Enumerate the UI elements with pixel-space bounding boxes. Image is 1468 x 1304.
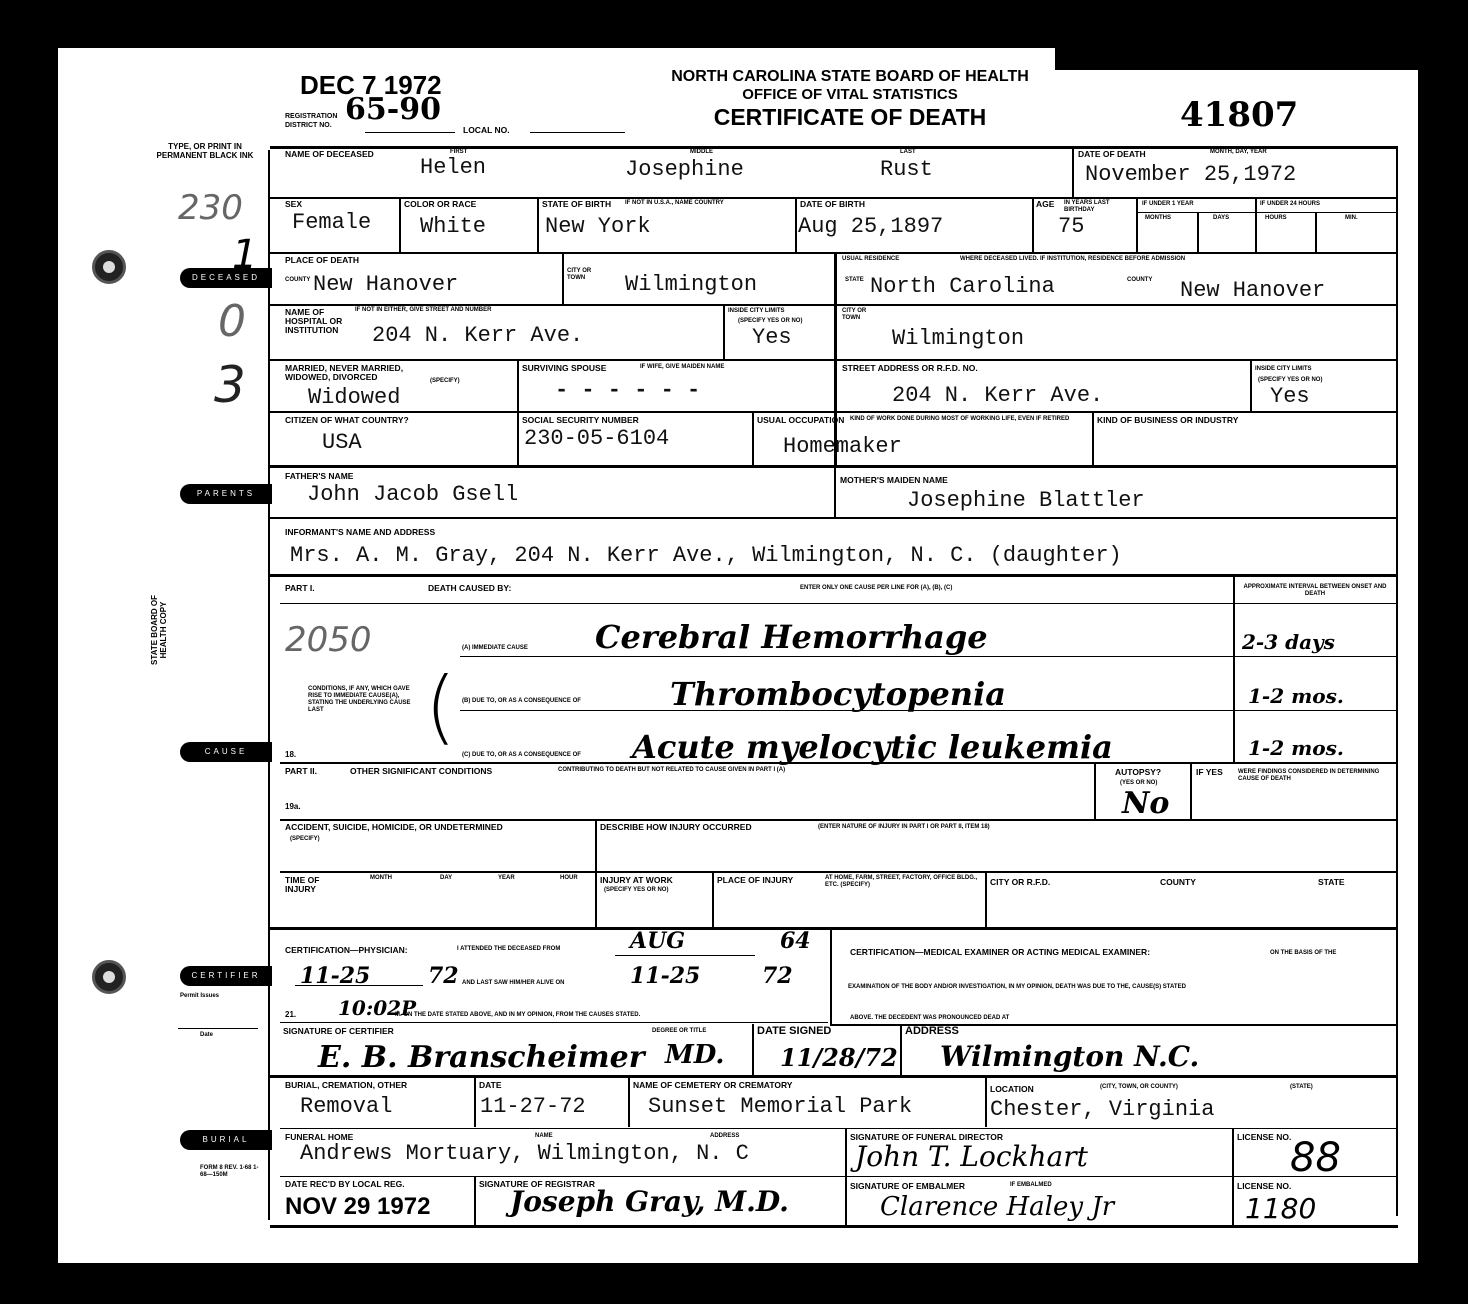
time-of-injury-label: TIME OF INJURY [285,876,345,894]
punch-hole [92,960,126,994]
cause-instructions: ENTER ONLY ONE CAUSE PER LINE FOR (a), (… [800,585,952,592]
director-license-label: LICENSE NO. [1237,1133,1291,1142]
office-name: OFFICE OF VITAL STATISTICS [640,86,1060,103]
residence-city: Wilmington [892,326,1024,351]
permit-issues-label: Permit Issues [180,993,219,1000]
business-label: KIND OF BUSINESS OR INDUSTRY [1097,416,1238,425]
due-to-c-label: (c) DUE TO, OR AS A CONSEQUENCE OF [462,752,581,759]
funeral-home: Andrews Mortuary, Wilmington, N. C [300,1141,749,1166]
citizen-value: USA [322,430,362,455]
other-conditions-sub: CONTRIBUTING TO DEATH BUT NOT RELATED TO… [558,767,785,774]
injury-city-label: CITY OR R.F.D. [990,878,1050,887]
funeral-home-name-label: NAME [535,1133,553,1140]
certifier-signature-label: SIGNATURE OF CERTIFIER [283,1027,394,1036]
embalmer-signature: Clarence Haley Jr [880,1192,1114,1222]
local-no-label: LOCAL NO. [463,126,510,135]
residence-state-label: STATE [845,277,864,284]
punch-hole [92,250,126,284]
month-label: MONTH [370,875,392,882]
residence-inside-city-label: INSIDE CITY LIMITS [1255,366,1312,373]
death-caused-by-label: DEATH CAUSED BY: [428,584,511,593]
certifier-signature: E. B. Branscheimer [318,1040,645,1075]
informant-value: Mrs. A. M. Gray, 204 N. Kerr Ave., Wilmi… [290,543,1122,568]
funeral-director-signature: John T. Lockhart [855,1140,1088,1173]
funeral-home-address-label: ADDRESS [710,1133,739,1140]
margin-code-0: 0 [218,296,246,347]
date-of-death-sub: MONTH, DAY, YEAR [1210,149,1267,156]
ssn-label: SOCIAL SECURITY NUMBER [522,416,639,425]
mother-maiden-name: Josephine Blattler [907,488,1145,513]
sex-value: Female [292,210,371,235]
certifier-degree: MD. [665,1040,724,1070]
under-1-year-label: IF UNDER 1 YEAR [1142,201,1194,208]
death-county: New Hanover [313,272,458,297]
age-label: AGE [1036,200,1054,209]
physician-cert-label: CERTIFICATION—PHYSICIAN: [285,946,408,955]
residence-inside-city-sub: (SPECIFY YES OR NO) [1258,377,1322,384]
injury-county-label: COUNTY [1160,878,1196,887]
county-label: COUNTY [285,277,310,284]
registrar-signature: Joseph Gray, M.D. [510,1185,789,1218]
hospital-label: NAME OF HOSPITAL OR INSTITUTION [285,308,365,335]
date-signed-label: DATE SIGNED [757,1027,831,1036]
attended-to-year: 72 [428,963,459,989]
certificate-number: 41807 [1180,95,1298,135]
location-state-label: (STATE) [1290,1084,1313,1091]
registration-district-number: 65-90 [345,92,441,127]
embalmer-license: 1180 [1245,1192,1316,1225]
tab-cause: CAUSE [180,742,272,762]
citizen-label: CITIZEN OF WHAT COUNTRY? [285,416,409,425]
sex-label: SEX [285,200,302,209]
spouse-label: SURVIVING SPOUSE [522,364,606,373]
state-of-birth-label: STATE OF BIRTH [542,200,611,209]
inside-city-sub: (SPECIFY YES OR NO) [738,318,802,325]
tab-burial: BURIAL [180,1130,272,1150]
disposition-value: Removal [300,1094,392,1119]
attended-from-year: 64 [780,928,811,954]
date-of-death-label: DATE OF DEATH [1078,150,1146,159]
dob-label: DATE OF BIRTH [800,200,865,209]
hours-label: HOURS [1265,215,1287,222]
min-label: MIN. [1345,215,1358,222]
injury-at-work-sub: (SPECIFY YES OR NO) [604,887,668,894]
state-of-birth: New York [545,214,651,239]
last-saw-label: AND LAST SAW HIM/HER ALIVE ON [462,980,564,987]
tab-deceased: DECEASED [180,268,272,288]
location-sub: (CITY, TOWN, OR COUNTY) [1100,1084,1178,1091]
marital-sub: (SPECIFY) [430,378,460,385]
inside-city-label: INSIDE CITY LIMITS [728,308,785,315]
director-license: 88 [1290,1135,1341,1181]
cause-c-interval: 1-2 mos. [1248,736,1344,760]
burial-date: 11-27-72 [480,1094,586,1119]
cause-c: Acute myelocytic leukemia [632,728,1113,766]
residence-state: North Carolina [870,274,1055,299]
last-saw-year: 72 [762,963,793,989]
bracket: ( [425,660,456,753]
date-received: NOV 29 1972 [285,1193,430,1221]
autopsy-value: No [1122,786,1169,821]
residence-county-label: COUNTY [1127,277,1152,284]
certifier-address-label: ADDRESS [905,1027,959,1036]
occupation-value: Homemaker [783,434,902,459]
date-signed: 11/28/72 [780,1043,898,1072]
ssn-value: 230-05-6104 [524,426,669,451]
cause-code: 2050 [285,620,372,660]
injury-state-label: STATE [1318,878,1345,887]
injury-at-work-label: INJURY AT WORK [600,876,673,885]
location-label: LOCATION [990,1085,1034,1094]
autopsy-label: AUTOPSY? [1115,768,1161,777]
age-value: 75 [1058,214,1084,239]
father-name: John Jacob Gsell [307,482,518,507]
embalmer-signature-label: SIGNATURE OF EMBALMER [850,1182,965,1191]
date-of-birth: Aug 25,1897 [798,214,943,239]
form-info: FORM 8 REV. 1-68 1-68—150m [200,1165,260,1179]
me-text-3: ABOVE. THE DECEDENT WAS PRONOUNCED DEAD … [850,1015,1009,1022]
last-saw-date: 11-25 [630,963,700,989]
date-label: Date [200,1032,213,1039]
agency-name: NORTH CAROLINA STATE BOARD OF HEALTH [640,68,1060,86]
middle-label: MIDDLE [690,149,713,156]
hospital-value: 204 N. Kerr Ave. [372,323,583,348]
document-title: CERTIFICATE OF DEATH [640,103,1060,131]
marital-label: MARRIED, NEVER MARRIED, WIDOWED, DIVORCE… [285,364,435,382]
manner-label: ACCIDENT, SUICIDE, HOMICIDE, OR UNDETERM… [285,823,503,832]
cause-b: Thrombocytopenia [670,675,1006,713]
item-19a: 19a. [285,802,301,811]
inside-city-value: Yes [752,325,792,350]
last-name: Rust [880,157,933,182]
residence-sub: WHERE DECEASED LIVED. IF INSTITUTION, RE… [960,256,1290,263]
age-sub: IN YEARS LAST BIRTHDAY [1064,200,1136,214]
cause-b-interval: 1-2 mos. [1248,684,1344,708]
embalmer-sub: IF EMBALMED [1010,1182,1052,1189]
header-block: NORTH CAROLINA STATE BOARD OF HEALTH OFF… [640,68,1060,131]
street-label: STREET ADDRESS OR R.F.D. No. [842,364,978,373]
immediate-cause: Cerebral Hemorrhage [595,618,988,656]
day-label: DAY [440,875,452,882]
marital-status: Widowed [308,385,400,410]
attended-from: AUG [630,928,685,954]
date-of-death: November 25,1972 [1085,162,1296,187]
findings-label: WERE FINDINGS CONSIDERED IN DETERMINING … [1238,769,1388,783]
hospital-sub: IF NOT IN EITHER, GIVE STREET AND NUMBER [355,307,655,314]
tab-parents: PARENTS [180,484,272,504]
cemetery-name: Sunset Memorial Park [648,1094,912,1119]
under-24-hours-label: IF UNDER 24 HOURS [1260,201,1320,208]
attended-label: I ATTENDED THE DECEASED FROM [457,946,560,953]
death-city: Wilmington [625,272,757,297]
ink-instructions: TYPE, OR PRINT IN PERMANENT BLACK INK [150,142,260,160]
immediate-interval: 2-3 days [1242,630,1335,654]
part-2-label: PART II. [285,767,317,776]
last-label: LAST [900,149,916,156]
state-copy-label: STATE BOARD OF HEALTH COPY [150,590,230,670]
disposition-label: BURIAL, CREMATION, OTHER [285,1081,407,1090]
degree-label: DEGREE OR TITLE [652,1028,706,1035]
scan-edge [1055,48,1420,70]
burial-date-label: DATE [479,1081,502,1090]
year-label: YEAR [498,875,515,882]
date-received-label: DATE REC'D BY LOCAL REG. [285,1180,405,1189]
margin-code-230: 230 [178,188,243,228]
immediate-cause-label: (a) IMMEDIATE CAUSE [462,645,528,652]
item-21: 21. [285,1010,296,1019]
occupation-label: USUAL OCCUPATION [757,416,844,425]
residence-inside-city: Yes [1270,384,1310,409]
certifier-address: Wilmington N.C. [940,1040,1199,1073]
registration-label: REGISTRATION DISTRICT NO. [285,112,345,130]
stated-label: M. ON THE DATE STATED ABOVE, AND IN MY O… [395,1012,640,1019]
if-yes-label: IF YES [1196,768,1223,777]
first-name: Helen [420,155,486,180]
describe-injury-sub: (ENTER NATURE OF INJURY IN PART I OR PAR… [818,824,990,831]
tab-certifier: CERTIFIER [180,966,272,986]
days-label: DAYS [1213,215,1229,222]
describe-injury-label: DESCRIBE HOW INJURY OCCURRED [600,823,752,832]
interval-label: APPROXIMATE INTERVAL BETWEEN ONSET AND D… [1240,584,1390,598]
place-of-injury-sub: AT HOME, FARM, STREET, FACTORY, OFFICE B… [825,875,985,889]
part-1-label: PART I. [285,584,315,593]
manner-sub: (SPECIFY) [290,836,320,843]
margin-code-3: 3 [214,356,246,414]
state-of-birth-sub: IF NOT IN U.S.A., NAME COUNTRY [625,200,785,207]
months-label: MONTHS [1145,215,1171,222]
cemetery-label: NAME OF CEMETERY OR CREMATORY [633,1081,792,1090]
name-label: NAME OF DECEASED [285,150,374,159]
surviving-spouse: - - - - - - [555,378,700,403]
spouse-sub: IF WIFE, GIVE MAIDEN NAME [640,364,724,371]
attended-to: 11-25 [300,963,370,989]
embalmer-license-label: LICENSE NO. [1237,1182,1291,1191]
residence-county: New Hanover [1180,278,1325,303]
burial-location: Chester, Virginia [990,1097,1214,1122]
conditions-note: CONDITIONS, IF ANY, WHICH GAVE RISE TO I… [308,686,418,714]
me-text-1: ON THE BASIS OF THE [1270,950,1336,957]
medical-examiner-label: CERTIFICATION—MEDICAL EXAMINER OR ACTING… [850,948,1150,957]
city-label: CITY OR TOWN [567,268,597,282]
other-conditions-label: OTHER SIGNIFICANT CONDITIONS [350,767,492,776]
place-of-injury-label: PLACE OF INJURY [717,876,793,885]
residence-city-label: CITY OR TOWN [842,308,872,322]
place-of-death-label: PLACE OF DEATH [285,256,359,265]
middle-name: Josephine [625,157,744,182]
me-text-2: EXAMINATION OF THE BODY AND/OR INVESTIGA… [848,984,1186,991]
due-to-b-label: (b) DUE TO, OR AS A CONSEQUENCE OF [462,698,581,705]
mother-label: MOTHER'S MAIDEN NAME [840,476,948,485]
hour-label: HOUR [560,875,578,882]
father-label: FATHER'S NAME [285,472,353,481]
race-value: White [420,214,486,239]
occupation-sub: KIND OF WORK DONE DURING MOST OF WORKING… [850,416,1070,423]
item-18: 18. [285,750,296,759]
race-label: COLOR OR RACE [404,200,476,209]
residence-street: 204 N. Kerr Ave. [892,383,1103,408]
informant-label: INFORMANT'S NAME AND ADDRESS [285,528,435,537]
